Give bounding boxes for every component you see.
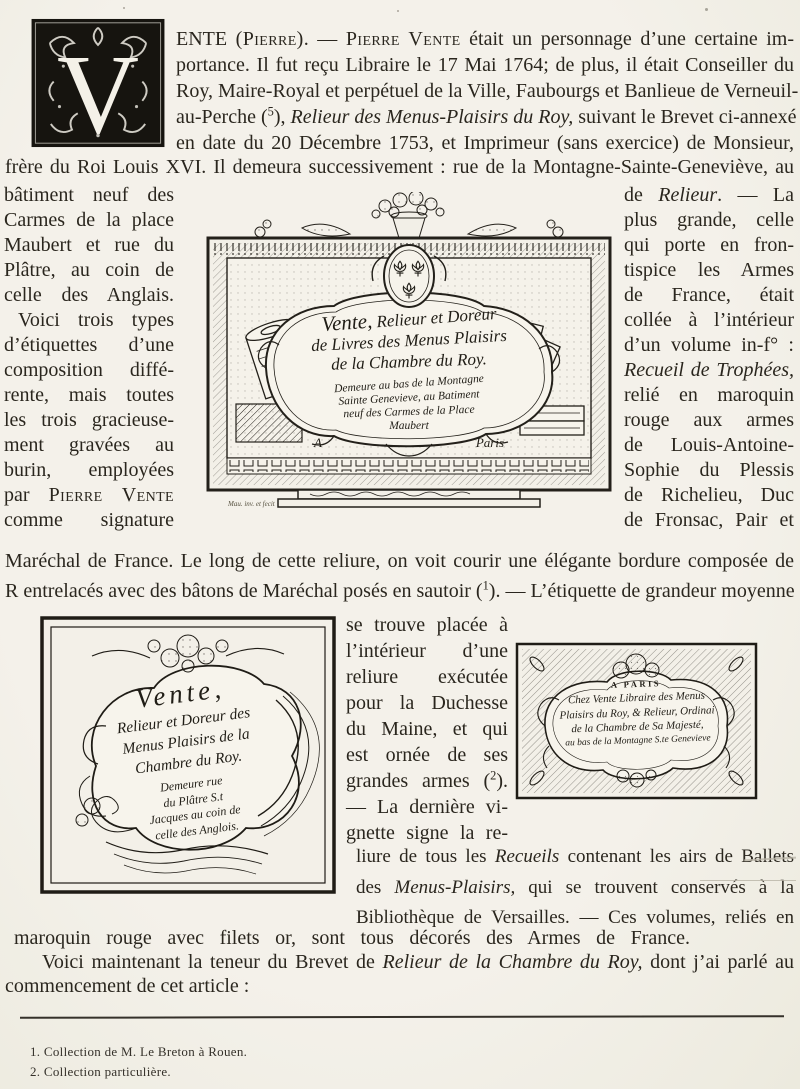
text-line: Recueil de Trophées, (624, 358, 794, 383)
dropcap-engraving: V (30, 18, 166, 148)
text-run: était un personnage d’une certaine im- (461, 28, 794, 50)
text-line: les trois gracieuse- (4, 408, 174, 433)
text-line: Roy, Maire-Royal et perpétuel de la Vill… (176, 78, 794, 104)
scan-line-artifact (700, 880, 796, 881)
text-line: rente, mais toutes (4, 383, 174, 408)
text-line: relié en maroquin (624, 383, 794, 408)
italic-run: Relieur (658, 184, 717, 206)
etiquette-engraving-small: A PARIS Chez Vente Libraire des Menus Pl… (515, 642, 758, 800)
text-line: liure de tous les Recueils contenant les… (356, 842, 794, 873)
text-line: par Pierre Vente (4, 483, 174, 508)
text-line: plus grande, celle (624, 208, 794, 233)
text-line: Maréchal de France. Le long de cette rel… (5, 550, 794, 573)
text-line: portance. Il fut reçu Libraire le 17 Mai… (176, 52, 794, 78)
text-run: ). — L’étiquette de grandeur moyenne (489, 580, 795, 602)
text-line: Maubert et rue du (4, 233, 174, 258)
right-column: de Relieur. — La plus grande, celle qui … (624, 183, 794, 533)
text-line: des Menus-Plaisirs, qui se trouvent cons… (356, 873, 794, 904)
continuation-column: liure de tous les Recueils contenant les… (356, 842, 794, 934)
italic-run: Relieur de la Chambre du Roy, (383, 951, 643, 973)
text-line: d’un volume in-f° : (624, 333, 794, 358)
text-line: grandes armes (2). (346, 768, 508, 794)
text-line: celle des Anglais. (4, 283, 174, 308)
text-line: de Richelieu, Duc (624, 483, 794, 508)
text-line: d’étiquettes d’une (4, 333, 174, 358)
label-run: A (314, 435, 322, 451)
italic-run: Menus-Plaisirs, (394, 877, 515, 898)
text-line: commencement de cet article : (5, 975, 249, 998)
text-line: qui porte en fron- (624, 233, 794, 258)
text-run: . — La (717, 184, 794, 206)
engraver-signature: Mau. inv. et fecit (228, 500, 275, 508)
scan-speck (397, 10, 399, 12)
scan-speck (123, 7, 125, 9)
text-line: Sophie du Plessis (624, 458, 794, 483)
text-run: dont j’ai parlé au (643, 951, 794, 973)
text-run: R entrelacés avec des bâtons de Maréchal… (5, 580, 483, 602)
label-line: AParis (314, 435, 504, 451)
text-line: bâtiment neuf des (4, 183, 174, 208)
dropcap-letter: V (57, 32, 139, 148)
text-line: de Louis-Antoine- (624, 433, 794, 458)
label-run: Paris (476, 435, 504, 451)
text-run: au-Perche ( (176, 106, 268, 128)
middle-column: se trouve placée à l’intérieur d’une rel… (346, 612, 508, 846)
etiquette-engraving-square: Vente, Relieur et Doreur des Menus Plais… (40, 616, 336, 894)
footnote-2: 2. Collection particulière. (30, 1064, 171, 1080)
etiquette-square-text: Vente, Relieur et Doreur des Menus Plais… (71, 663, 305, 851)
text-run: . — (304, 28, 346, 50)
text-line: ENTE (Pierre). — Pierre Vente était un p… (176, 26, 794, 52)
text-run: suivant le Brevet ci-annexé (573, 106, 796, 128)
text-line: Voici trois types (4, 308, 174, 333)
etiquette-small-text: A PARIS Chez Vente Libraire des Menus Pl… (544, 675, 730, 751)
italic-run: Recueils (495, 846, 559, 867)
text-run: grandes armes ( (346, 770, 490, 792)
text-run: ), (274, 106, 291, 128)
text-line: du Maine, et qui (346, 716, 508, 742)
text-run: de (624, 184, 658, 206)
scan-speck (705, 8, 708, 11)
text-line: au-Perche (5), Relieur des Menus-Plaisir… (176, 104, 794, 130)
text-line: Plâtre, au coin de (4, 258, 174, 283)
text-line: se trouve placée à (346, 612, 508, 638)
text-run: Voici maintenant la teneur du Brevet de (42, 951, 383, 973)
text-line: maroquin rouge avec filets or, sont tous… (14, 927, 690, 950)
text-line: Voici maintenant la teneur du Brevet de … (42, 951, 794, 974)
text-line: comme signature (4, 508, 174, 533)
small-caps-run: Pierre Vente (49, 484, 174, 506)
text-line: R entrelacés avec des bâtons de Maréchal… (5, 580, 794, 603)
text-line: l’intérieur d’une (346, 638, 508, 664)
text-line: reliure exécutée (346, 664, 508, 690)
text-line: collée à l’intérieur (624, 308, 794, 333)
text-run: contenant les airs de Ballets (559, 846, 794, 867)
footnote-rule (20, 1015, 784, 1019)
italic-run: Relieur des Menus-Plaisirs du Roy, (291, 106, 574, 128)
etiquette-engraving-large: Vente, Relieur et Doreur de Livres des M… (200, 192, 618, 514)
opening-paragraph: ENTE (Pierre). — Pierre Vente était un p… (176, 26, 794, 156)
text-run: par (4, 484, 49, 506)
etiquette-large-text: Vente, Relieur et Doreur de Livres des M… (266, 308, 552, 451)
small-caps-run: (Pierre) (236, 28, 304, 50)
footnote-1: 1. Collection de M. Le Breton à Rouen. (30, 1044, 247, 1060)
text-line: tispice les Armes (624, 258, 794, 283)
text-line: — La dernière vi- (346, 794, 508, 820)
text-line: rouge aux armes (624, 408, 794, 433)
ornate-initial-v: V (30, 18, 166, 148)
text-line: est ornée de ses (346, 742, 508, 768)
left-column: bâtiment neuf des Carmes de la place Mau… (4, 183, 174, 533)
small-caps-run: Pierre Vente (346, 28, 461, 50)
text-run: ). (496, 770, 508, 792)
text-line: Carmes de la place (4, 208, 174, 233)
text-line: composition diffé- (4, 358, 174, 383)
text-run: ENTE (176, 28, 236, 50)
text-line: de Fronsac, Pair et (624, 508, 794, 533)
text-line: burin, employées (4, 458, 174, 483)
text-line: en date du 20 Décembre 1753, et Imprimeu… (176, 130, 794, 156)
text-line: ment gravées au (4, 433, 174, 458)
text-line: pour la Duchesse (346, 690, 508, 716)
text-line: frère du Roi Louis XVI. Il demeura succe… (5, 156, 794, 179)
scanned-book-page: V ENTE (Pierre). — Pierre Vente était un… (0, 0, 800, 1089)
text-run: liure de tous les (356, 846, 495, 867)
text-line: de Relieur. — La (624, 183, 794, 208)
text-run: des (356, 877, 394, 898)
text-line: de France, était (624, 283, 794, 308)
